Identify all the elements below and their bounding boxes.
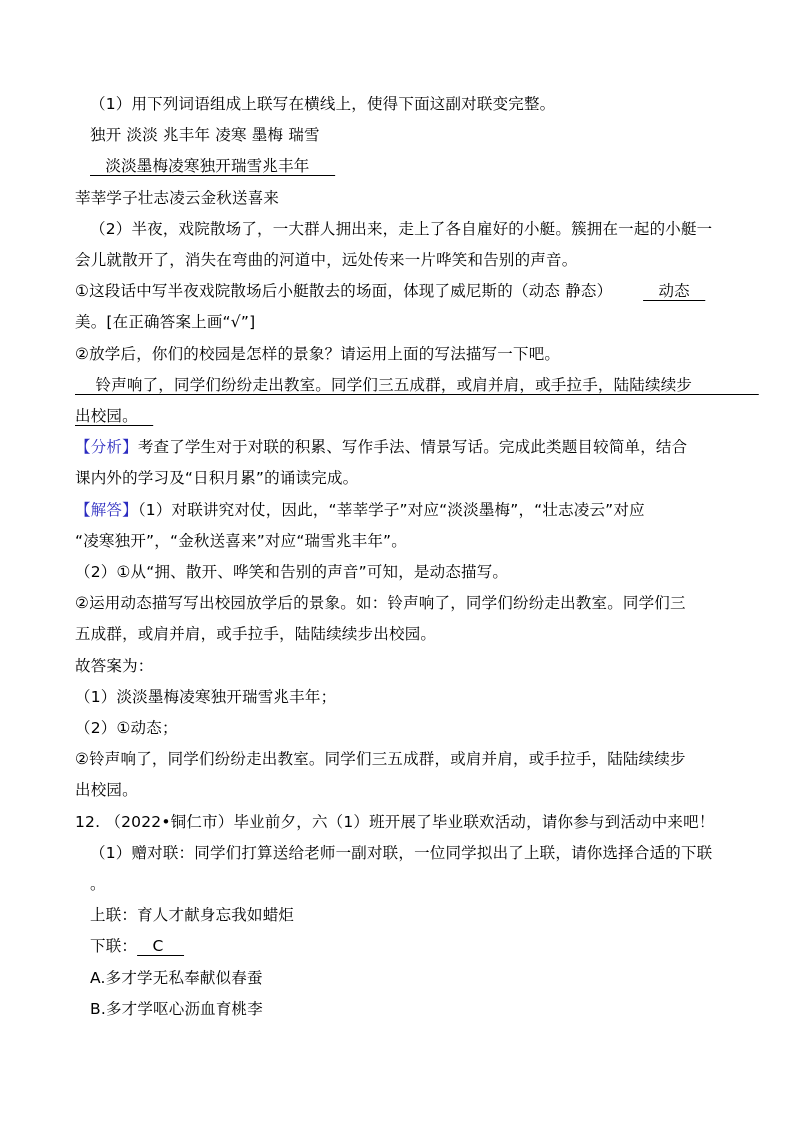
option-a: A.多才学无私奉献似春蚕	[90, 969, 263, 987]
text-line: 五成群，或肩并肩，或手拉手，陆陆续续步出校园。	[75, 619, 744, 650]
text-line: 出校园。	[75, 775, 744, 806]
text-run: 莘莘学子壮志凌云金秋送喜来	[75, 189, 279, 207]
text-line: 下联： C	[75, 931, 744, 962]
text-line: 会儿就散开了，消失在弯曲的河道中，远处传来一片哗笑和告别的声音。	[75, 245, 744, 276]
text-line: 。	[75, 869, 744, 900]
text-line: （1）赠对联：同学们打算送给老师一副对联，一位同学拟出了上联，请你选择合适的下联	[75, 838, 744, 869]
text-line: 课内外的学习及“日积月累”的诵读完成。	[75, 463, 744, 494]
analysis-label: 【分析】	[75, 438, 138, 456]
text-run: ②放学后，你们的校园是怎样的景象？请运用上面的写法描写一下吧。	[75, 345, 560, 363]
text-run: 出校园。	[75, 781, 138, 799]
text-run: ②铃声响了，同学们纷纷走出教室。同学们三五成群，或肩并肩，或手拉手，陆陆续续步	[75, 750, 686, 768]
text-line: （2）半夜，戏院散场了，一大群人拥出来，走上了各自雇好的小艇。簇拥在一起的小艇一	[75, 214, 744, 245]
text-run: 故答案为：	[75, 657, 154, 675]
text-line: ①这段话中写半夜戏院散场后小艇散去的场面，体现了威尼斯的（动态 静态） 动态	[75, 276, 744, 307]
text-line: A.多才学无私奉献似春蚕	[75, 963, 744, 994]
text-run: 下联：	[90, 937, 137, 955]
upper-couplet: 上联：育人才献身忘我如蜡炬	[90, 906, 294, 924]
text-line: “凌寒独开”，“金秋送喜来”对应“瑞雪兆丰年”。	[75, 526, 744, 557]
answer-blank-upper-couplet: 淡淡墨梅凌寒独开瑞雪兆丰年	[90, 157, 335, 175]
text-run: 会儿就散开了，消失在弯曲的河道中，远处传来一片哗笑和告别的声音。	[75, 251, 577, 269]
text-run	[612, 282, 643, 300]
text-run: 。	[90, 875, 106, 893]
text-line: 淡淡墨梅凌寒独开瑞雪兆丰年	[75, 151, 744, 182]
option-b: B.多才学呕心沥血育桃李	[90, 1000, 263, 1018]
text-line: ②铃声响了，同学们纷纷走出教室。同学们三五成群，或肩并肩，或手拉手，陆陆续续步	[75, 744, 744, 775]
text-line: 【解答】（1）对联讲究对仗，因此，“莘莘学子”对应“淡淡墨梅”，“壮志凌云”对应	[75, 495, 744, 526]
text-line: （2）①从“拥、散开、哗笑和告别的声音”可知，是动态描写。	[75, 557, 744, 588]
text-run: “凌寒独开”，“金秋送喜来”对应“瑞雪兆丰年”。	[75, 532, 407, 550]
text-run: （1）用下列词语组成上联写在横线上，使得下面这副对联变完整。	[90, 95, 555, 113]
text-run: 五成群，或肩并肩，或手拉手，陆陆续续步出校园。	[75, 625, 436, 643]
document-body: （1）用下列词语组成上联写在横线上，使得下面这副对联变完整。独开 淡淡 兆丰年 …	[75, 89, 744, 1025]
question-12-stem: 12. （2022•铜仁市）毕业前夕，六（1）班开展了毕业联欢活动，请你参与到活…	[75, 813, 715, 831]
text-run: （1）对联讲究对仗，因此，“莘莘学子”对应“淡淡墨梅”，“壮志凌云”对应	[138, 501, 645, 519]
text-run: （1）淡淡墨梅凌寒独开瑞雪兆丰年；	[75, 688, 336, 706]
answer-blank-writing-line1: 铃声响了，同学们纷纷走出教室。同学们三五成群，或肩并肩，或手拉手，陆陆续续步	[75, 376, 759, 394]
text-run: ①这段话中写半夜戏院散场后小艇散去的场面，体现了威尼斯的（动态 静态）	[75, 282, 612, 300]
text-run: （2）半夜，戏院散场了，一大群人拥出来，走上了各自雇好的小艇。簇拥在一起的小艇一	[90, 220, 712, 238]
text-line: （1）用下列词语组成上联写在横线上，使得下面这副对联变完整。	[75, 89, 744, 120]
text-line: 故答案为：	[75, 651, 744, 682]
text-run: ②运用动态描写写出校园放学后的景象。如：铃声响了，同学们纷纷走出教室。同学们三	[75, 594, 686, 612]
text-line: 出校园。	[75, 401, 744, 432]
worksheet-page: （1）用下列词语组成上联写在横线上，使得下面这副对联变完整。独开 淡淡 兆丰年 …	[0, 0, 794, 1123]
text-run: （1）赠对联：同学们打算送给老师一副对联，一位同学拟出了上联，请你选择合适的下联	[90, 844, 712, 862]
text-line: ②运用动态描写写出校园放学后的景象。如：铃声响了，同学们纷纷走出教室。同学们三	[75, 588, 744, 619]
text-line: 美。[在正确答案上画“√”]	[75, 307, 744, 338]
text-run: （2）①动态；	[75, 719, 178, 737]
text-line: 【分析】考查了学生对于对联的积累、写作手法、情景写话。完成此类题目较简单，结合	[75, 432, 744, 463]
text-line: B.多才学呕心沥血育桃李	[75, 994, 744, 1025]
text-line: 铃声响了，同学们纷纷走出教室。同学们三五成群，或肩并肩，或手拉手，陆陆续续步	[75, 370, 744, 401]
text-line: 独开 淡淡 兆丰年 凌寒 墨梅 瑞雪	[75, 120, 744, 151]
text-line: 莘莘学子壮志凌云金秋送喜来	[75, 183, 744, 214]
word-bank: 独开 淡淡 兆丰年 凌寒 墨梅 瑞雪	[90, 126, 320, 144]
answer-blank-writing-line2: 出校园。	[75, 407, 153, 425]
text-run: （2）①从“拥、散开、哗笑和告别的声音”可知，是动态描写。	[75, 563, 508, 581]
text-run: 考查了学生对于对联的积累、写作手法、情景写话。完成此类题目较简单，结合	[138, 438, 688, 456]
text-line: （2）①动态；	[75, 713, 744, 744]
text-line: 12. （2022•铜仁市）毕业前夕，六（1）班开展了毕业联欢活动，请你参与到活…	[75, 807, 744, 838]
text-line: 上联：育人才献身忘我如蜡炬	[75, 900, 744, 931]
text-line: ②放学后，你们的校园是怎样的景象？请运用上面的写法描写一下吧。	[75, 339, 744, 370]
text-run: 美。[在正确答案上画“√”]	[75, 313, 255, 331]
answer-blank-option-c: C	[137, 937, 184, 955]
text-line: （1）淡淡墨梅凌寒独开瑞雪兆丰年；	[75, 682, 744, 713]
solution-label: 【解答】	[75, 501, 138, 519]
text-run: 课内外的学习及“日积月累”的诵读完成。	[75, 469, 358, 487]
answer-blank-dongtai: 动态	[643, 282, 705, 300]
